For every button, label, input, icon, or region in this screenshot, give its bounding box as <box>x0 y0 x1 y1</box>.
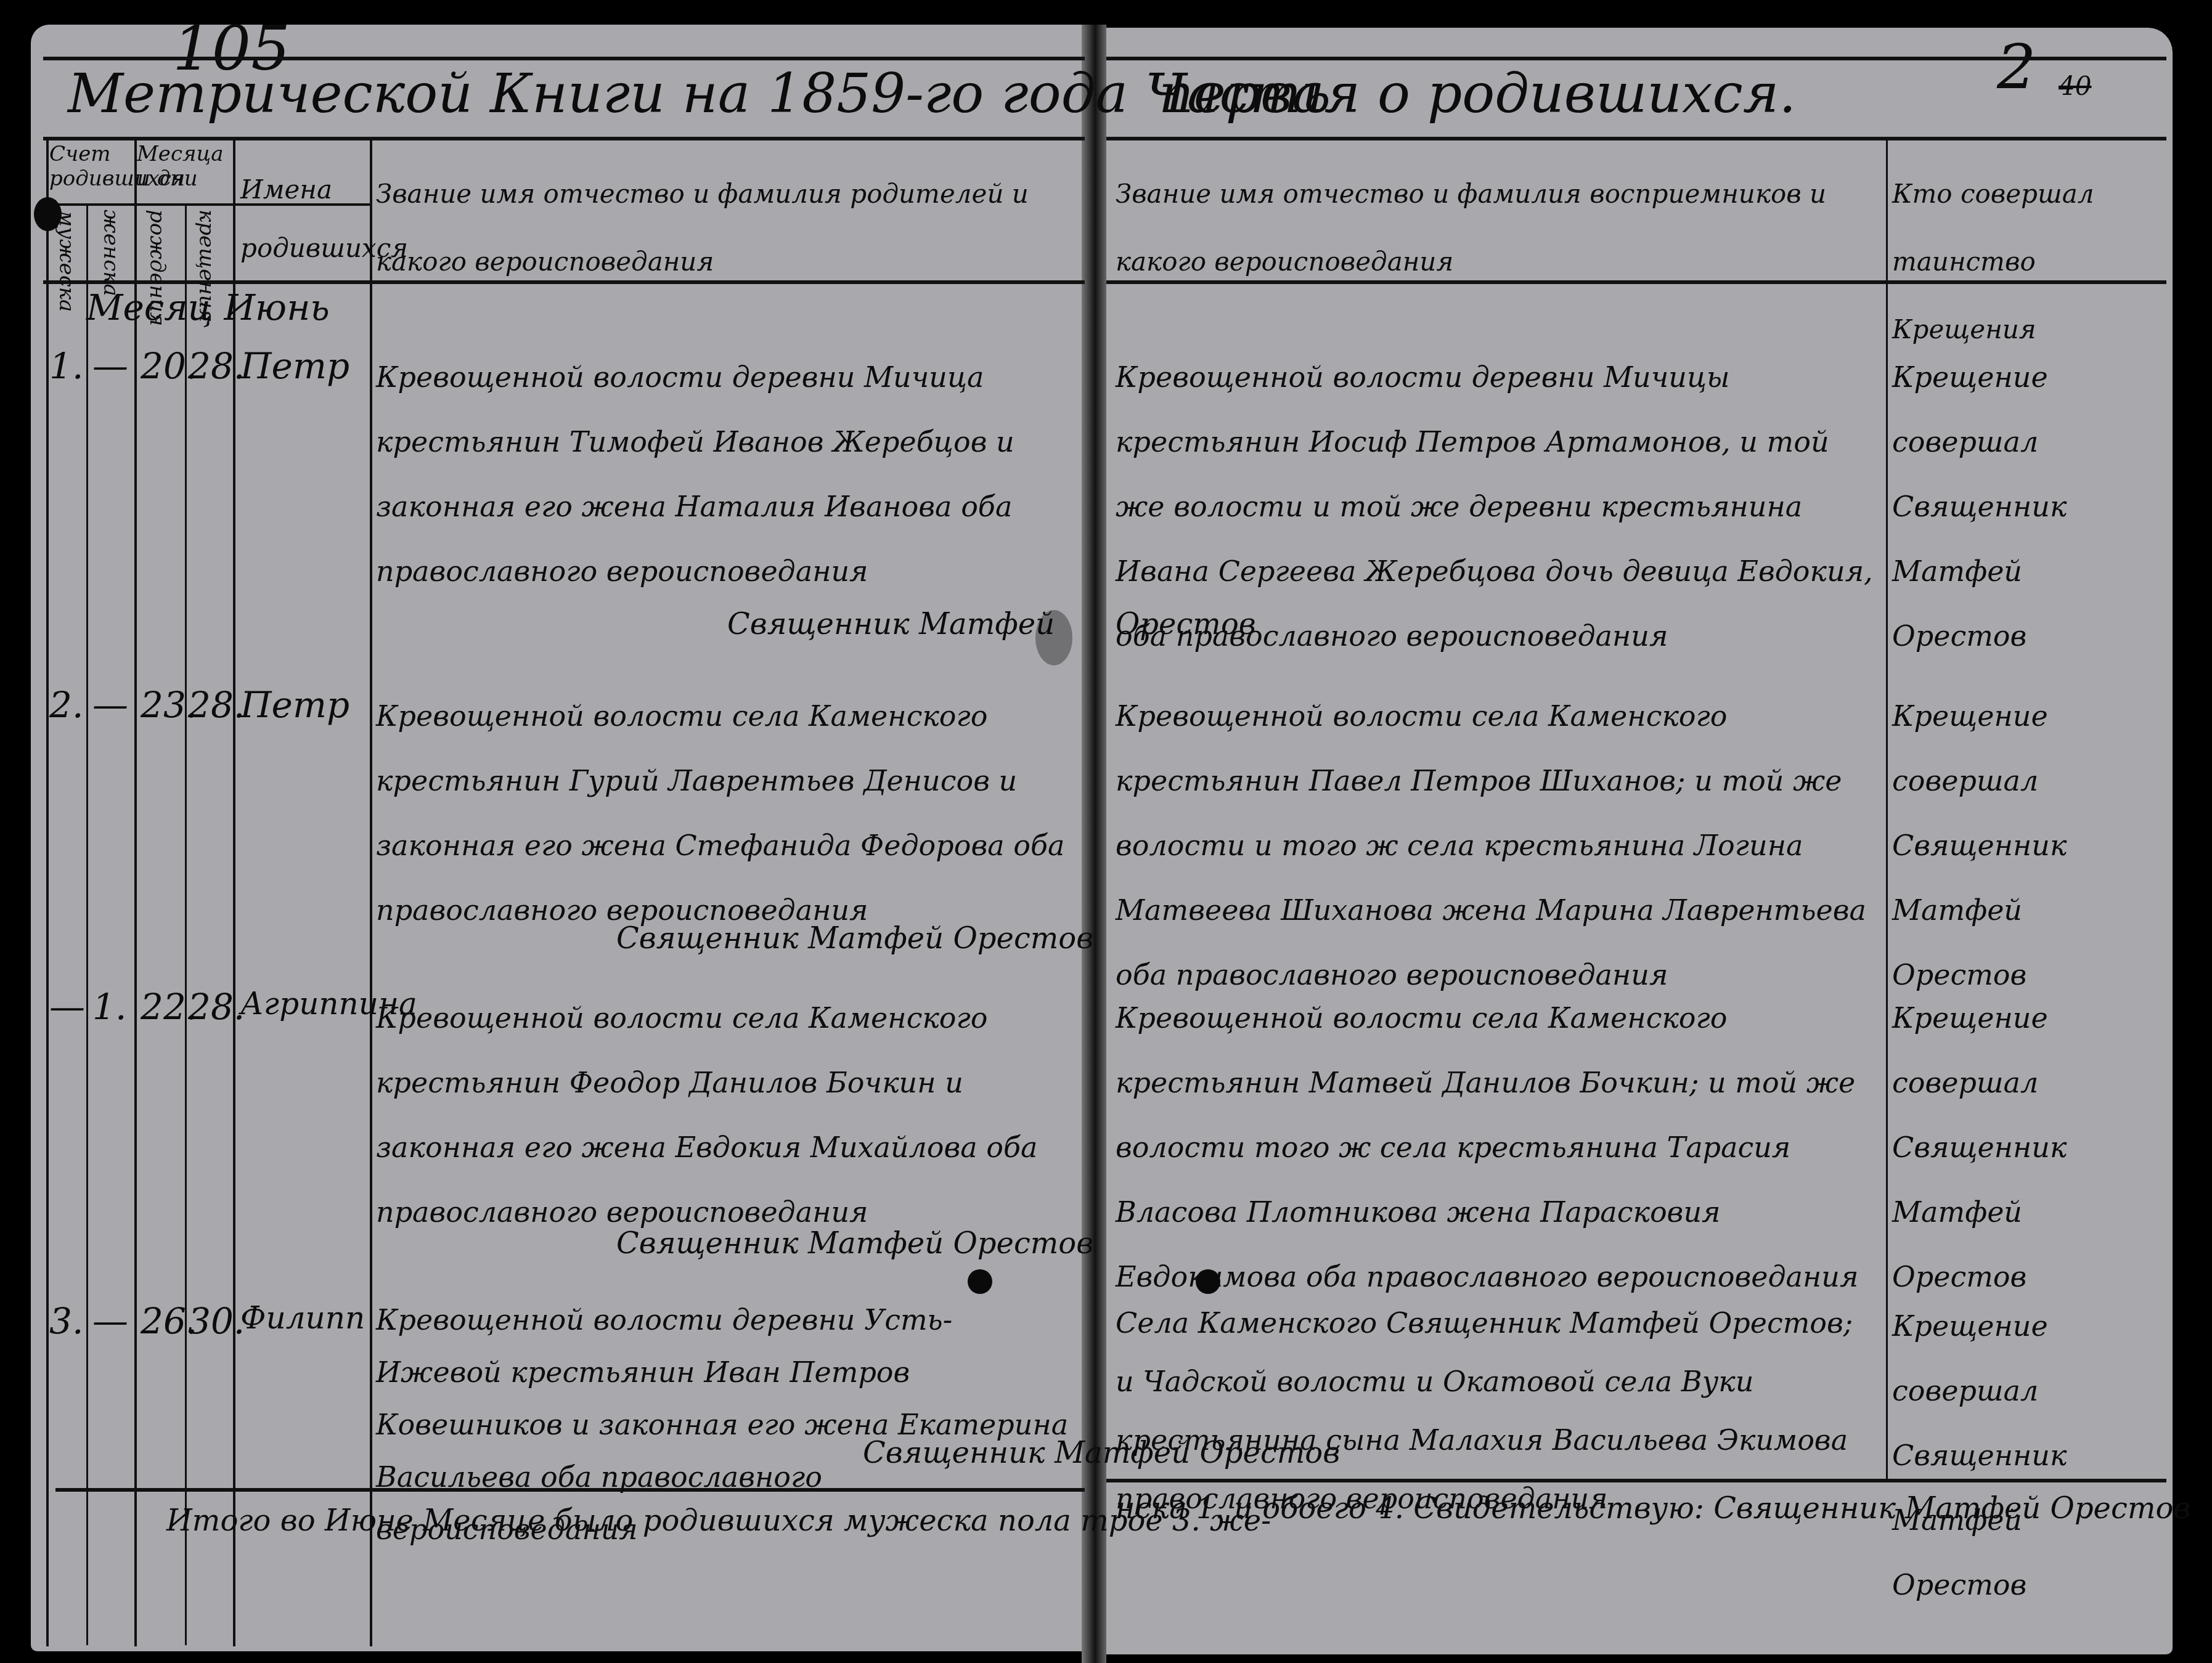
col-line <box>86 203 88 1645</box>
rule-header-right <box>1106 137 2166 140</box>
ink-blot <box>34 197 62 231</box>
month-label: Месяц Июнь <box>86 287 330 328</box>
rule-top-right <box>1106 57 2166 60</box>
baptism-day: 28. <box>188 986 245 1028</box>
child-name: Филипп <box>240 1300 365 1336</box>
ink-stain <box>1035 610 1072 665</box>
priest-signature: Священник Матфей Орестов <box>616 921 1093 956</box>
rule-top-left <box>43 57 1085 60</box>
ink-blot <box>1196 1269 1220 1294</box>
count-female: 1. <box>92 986 126 1028</box>
col-line <box>1886 137 1888 1480</box>
count-male: 1. <box>49 345 83 387</box>
baptism-day: 30. <box>188 1300 245 1342</box>
officiant-text: Крещение совершал Священник Матфей Орест… <box>1892 684 2151 1007</box>
col-line <box>370 137 372 1646</box>
officiant-text: Крещение совершал Священник Матфей Орест… <box>1892 1294 2151 1617</box>
book-gutter <box>1082 25 1106 1663</box>
count-male: 2. <box>49 684 83 726</box>
parents-text: Кревощенной волости села Каменского крес… <box>376 684 1072 943</box>
rule-header-left <box>43 137 1085 140</box>
right-page-number: 2 <box>1997 31 2036 103</box>
old-page-number: 40 <box>2059 71 2091 101</box>
count-male: 3. <box>49 1300 83 1342</box>
parents-text: Кревощенной волости села Каменского крес… <box>376 986 1072 1245</box>
count-female: — <box>92 684 128 726</box>
godparents-text: Кревощенной волости села Каменского крес… <box>1116 986 1880 1309</box>
page-title-right: первая о родившихся. <box>1159 62 1796 125</box>
count-male: — <box>49 986 85 1028</box>
count-female: — <box>92 345 128 387</box>
baptism-day: 28. <box>188 345 245 387</box>
header-female: женска <box>99 209 123 296</box>
header-officiant: Кто совершал таинство Крещения <box>1892 160 2151 364</box>
priest-signature-cont: Орестов <box>1116 607 1256 641</box>
child-name: Петр <box>240 684 349 726</box>
godparents-text: Кревощенной волости села Каменского крес… <box>1116 684 1880 1007</box>
summary-left: Итого во Июне Месяце было родившихся муж… <box>166 1503 1271 1538</box>
baptism-day: 28. <box>188 684 245 726</box>
col-line <box>46 137 49 1646</box>
summary-right: нска 1. и обоего 4. Свидетельствую: Свящ… <box>1116 1491 2190 1526</box>
count-female: — <box>92 1300 128 1342</box>
ink-blot <box>968 1269 992 1294</box>
parents-text: Кревощенной волости деревни Мичица крест… <box>376 345 1072 604</box>
child-name: Петр <box>240 345 349 387</box>
officiant-text: Крещение совершал Священник Матфей Орест… <box>1892 986 2151 1309</box>
priest-signature: Священник Матфей <box>727 607 1055 641</box>
page-title-left: Метрической Книги на 1859-го года Часть <box>68 62 1331 125</box>
col-line <box>185 203 187 1645</box>
col-line <box>134 137 137 1646</box>
header-names: Имена родившихся <box>240 160 364 277</box>
officiant-text: Крещение совершал Священник Матфей Орест… <box>1892 345 2151 669</box>
header-godparents: Звание имя отчество и фамилия восприемни… <box>1116 160 1880 296</box>
header-date: Месяца и дни <box>137 142 229 191</box>
priest-signature: Священник Матфей Орестов <box>616 1226 1093 1261</box>
header-parents: Звание имя отчество и фамилия родителей … <box>376 160 1079 296</box>
header-count: Счет родившихся <box>49 142 136 191</box>
book-spread: 105 Метрической Книги на 1859-го года Ча… <box>0 0 2212 1663</box>
